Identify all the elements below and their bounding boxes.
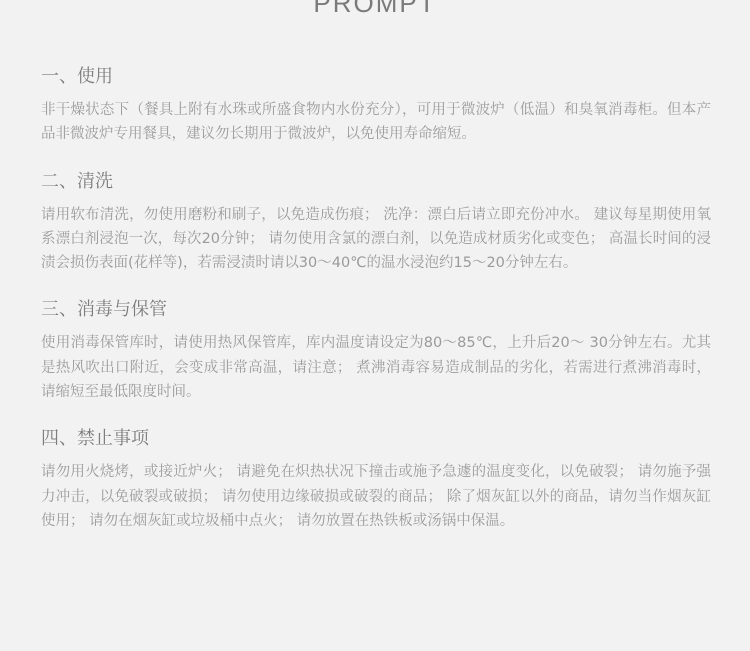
page-title: PROMPT [0,0,750,18]
section-disinfection-storage: 三、消毒与保管 使用消毒保管库时，请使用热风保管库，库内温度请设定为80～85℃… [41,297,711,404]
section-heading: 二、清洗 [41,169,711,195]
section-body: 请勿用火烧烤，或接近炉火； 请避免在炽热状况下撞击或施予急遽的温度变化，以免破裂… [41,460,711,533]
section-prohibitions: 四、禁止事项 请勿用火烧烤，或接近炉火； 请避免在炽热状况下撞击或施予急遽的温度… [41,426,711,533]
section-usage: 一、使用 非干燥状态下（餐具上附有水珠或所盛食物内水份充分），可用于微波炉（低温… [41,64,711,147]
section-cleaning: 二、清洗 请用软布清洗，勿使用磨粉和刷子，以免造成伤痕； 洗净：漂白后请立即充份… [41,169,711,276]
instructions-content: 一、使用 非干燥状态下（餐具上附有水珠或所盛食物内水份充分），可用于微波炉（低温… [41,64,711,555]
section-body: 使用消毒保管库时，请使用热风保管库，库内温度请设定为80～85℃，上升后20～ … [41,331,711,404]
section-body: 非干燥状态下（餐具上附有水珠或所盛食物内水份充分），可用于微波炉（低温）和臭氧消… [41,98,711,147]
section-heading: 四、禁止事项 [41,426,711,452]
section-heading: 一、使用 [41,64,711,90]
section-heading: 三、消毒与保管 [41,297,711,323]
section-body: 请用软布清洗，勿使用磨粉和刷子，以免造成伤痕； 洗净：漂白后请立即充份冲水。 建… [41,203,711,276]
